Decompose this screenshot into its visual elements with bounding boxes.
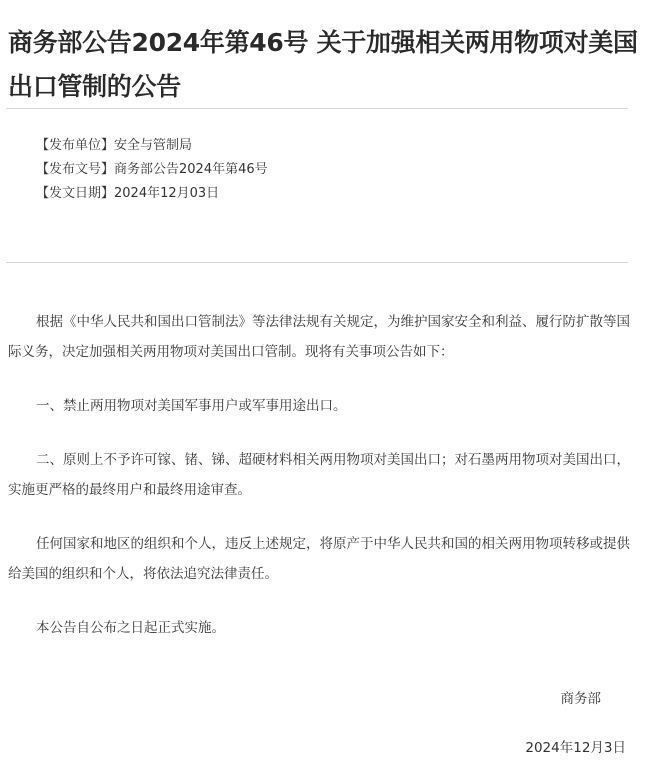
divider-bottom <box>6 262 628 263</box>
meta-label: 【发布单位】 <box>36 138 114 153</box>
meta-value: 2024年12月03日 <box>114 186 219 201</box>
announcement-body: 根据《中华人民共和国出口管制法》等法律法规有关规定，为维护国家安全和利益、履行防… <box>8 307 632 667</box>
paragraph-liability: 任何国家和地区的组织和个人，违反上述规定，将原产于中华人民共和国的相关两用物项转… <box>8 529 632 589</box>
meta-label: 【发布文号】 <box>36 162 114 177</box>
meta-issuing-unit: 【发布单位】安全与管制局 <box>36 134 268 158</box>
signature-issuer: 商务部 <box>561 688 602 710</box>
paragraph-item-1: 一、禁止两用物项对美国军事用户或军事用途出口。 <box>8 391 632 421</box>
meta-document-number: 【发布文号】商务部公告2024年第46号 <box>36 158 268 182</box>
divider-top <box>6 108 628 109</box>
meta-value: 商务部公告2024年第46号 <box>114 162 268 177</box>
paragraph-intro: 根据《中华人民共和国出口管制法》等法律法规有关规定，为维护国家安全和利益、履行防… <box>8 307 632 367</box>
meta-value: 安全与管制局 <box>114 138 192 153</box>
signature-date: 2024年12月3日 <box>525 737 626 759</box>
page-title: 商务部公告2024年第46号 关于加强相关两用物项对美国出口管制的公告 <box>8 21 638 109</box>
paragraph-effective: 本公告自公布之日起正式实施。 <box>8 613 632 643</box>
meta-issue-date: 【发文日期】2024年12月03日 <box>36 182 268 206</box>
paragraph-item-2: 二、原则上不予许可镓、锗、锑、超硬材料相关两用物项对美国出口；对石墨两用物项对美… <box>8 445 632 505</box>
document-metadata: 【发布单位】安全与管制局 【发布文号】商务部公告2024年第46号 【发文日期】… <box>36 134 268 206</box>
meta-label: 【发文日期】 <box>36 186 114 201</box>
